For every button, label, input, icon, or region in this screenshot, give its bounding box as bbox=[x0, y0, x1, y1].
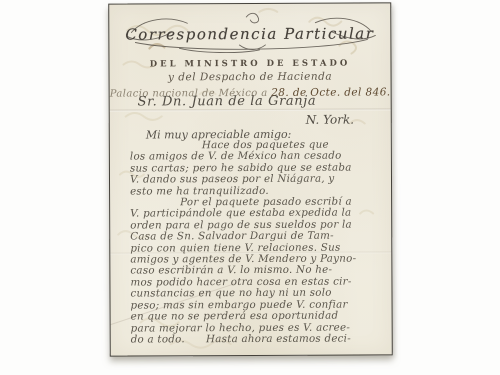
letterhead-department-line: y del Despacho de Hacienda bbox=[110, 70, 391, 83]
letter-body: Hace dos paquetes que los amigos de V. d… bbox=[130, 139, 384, 345]
scanned-letter-photo: Correspondencia Particular DEL MINISTRO … bbox=[0, 0, 500, 375]
letterhead: Correspondencia Particular DEL MINISTRO … bbox=[109, 15, 390, 99]
letter-sheet: Correspondencia Particular DEL MINISTRO … bbox=[108, 2, 393, 356]
addressee-name: Sr. Dn. Juan de la Granja bbox=[138, 94, 317, 110]
body-line: do a todo. Hasta ahora estamos deci- bbox=[131, 333, 384, 346]
letterhead-ministry-line: DEL MINISTRO DE ESTADO bbox=[109, 58, 390, 69]
letterhead-title: Correspondencia Particular bbox=[109, 15, 390, 43]
addressee-city: N. York. bbox=[306, 113, 354, 127]
letterhead-title-block: Correspondencia Particular bbox=[109, 15, 390, 56]
